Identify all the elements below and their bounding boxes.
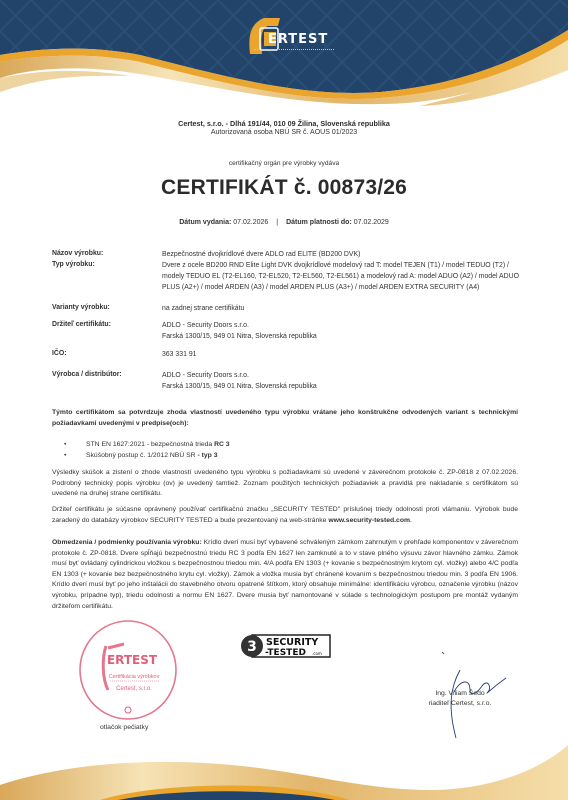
svg-text:ERTEST: ERTEST xyxy=(107,653,158,667)
svg-text:Certest, s.r.o.: Certest, s.r.o. xyxy=(116,686,152,692)
variants-label: Varianty výrobku: xyxy=(52,304,162,311)
standards-list: • STN EN 1627:2021 - bezpečnostná trieda… xyxy=(64,440,230,461)
svg-text:-TESTED: -TESTED xyxy=(265,648,306,658)
restrictions-paragraph: Obmedzenia / podmienky používania výrobk… xyxy=(52,538,518,612)
restrictions-label: Obmedzenia / podmienky používania výrobk… xyxy=(52,539,202,546)
certificate-dates: Dátum vydania: 07.02.2026 | Dátum platno… xyxy=(0,219,568,226)
holder-address: Farská 1300/15, 949 01 Nitra, Slovenská … xyxy=(162,333,317,340)
product-name-value: Bezpečnostné dvojkrídlové dvere ADLO rad… xyxy=(162,250,522,261)
manufacturer-label: Výrobca / distribútor: xyxy=(52,371,162,378)
results-paragraph: Výsledky skúšok a zistení o zhode vlastn… xyxy=(52,468,518,500)
variants-value: na zadnej strane certifikátu xyxy=(162,304,522,315)
issuer-address: Certest, s.r.o. - Dlhá 191/44, 010 09 Ži… xyxy=(0,119,568,128)
signer-name: Ing. Viliam Šedo xyxy=(400,689,520,699)
mark-paragraph: Držiteľ certifikátu je súčasne oprávnený… xyxy=(52,505,518,526)
issuer-authorization: Autorizovaná osoba NBÚ SR č. AOUS 01/202… xyxy=(0,129,568,136)
svg-text:3: 3 xyxy=(247,639,257,655)
standard-item: • Skúšobný postup č. 1/2012 NBÚ SR - typ… xyxy=(64,451,230,462)
manufacturer-name: ADLO - Security Doors s.r.o. xyxy=(162,372,249,379)
manufacturer-address: Farská 1300/15, 949 01 Nitra, Slovenská … xyxy=(162,383,317,390)
svg-text:SECURITY: SECURITY xyxy=(266,637,318,648)
ico-label: IČO: xyxy=(52,350,162,357)
bullet-icon: • xyxy=(64,451,66,462)
security-tested-badge: 3 SECURITY -TESTED .com xyxy=(240,634,332,658)
issue-date: 07.02.2026 xyxy=(233,219,268,226)
official-stamp: ERTEST Certifikácia výrobkov Certest, s.… xyxy=(76,618,180,722)
issue-date-label: Dátum vydania: xyxy=(179,219,231,226)
product-name-label: Názov výrobku: xyxy=(52,250,162,257)
date-separator: | xyxy=(276,219,278,226)
signer-block: Ing. Viliam Šedo riaditeľ Certest, s.r.o… xyxy=(400,689,520,710)
stamp-caption: otlačok pečiatky xyxy=(100,724,148,731)
website-link[interactable]: www.security-tested.com xyxy=(328,517,410,524)
logo-text: ERTEST xyxy=(268,32,328,47)
confirmation-text: Týmto certifikátom sa potvrdzuje zhoda v… xyxy=(52,408,518,429)
certest-logo: ERTEST xyxy=(242,14,346,54)
valid-until-label: Dátum platnosti do: xyxy=(286,219,352,226)
svg-text:.com: .com xyxy=(312,651,322,656)
signer-title: riaditeľ Certest, s.r.o. xyxy=(400,699,520,709)
bullet-icon: • xyxy=(64,440,66,451)
ico-value: 363 331 91 xyxy=(162,350,522,361)
logo-underline xyxy=(254,49,334,50)
certificate-title: CERTIFIKÁT č. 00873/26 xyxy=(0,176,568,200)
product-type-value: Dvere z ocele BD200 RND Elite Light DVK … xyxy=(162,261,522,293)
valid-until-date: 07.02.2029 xyxy=(354,219,389,226)
manufacturer-value: ADLO - Security Doors s.r.o. Farská 1300… xyxy=(162,371,522,393)
holder-label: Držiteľ certifikátu: xyxy=(52,321,162,328)
standard-item: • STN EN 1627:2021 - bezpečnostná trieda… xyxy=(64,440,230,451)
svg-text:Certifikácia výrobkov: Certifikácia výrobkov xyxy=(109,674,160,680)
product-type-label: Typ výrobku: xyxy=(52,261,162,268)
holder-name: ADLO - Security Doors s.r.o. xyxy=(162,322,249,329)
issuing-body-text: certifikačný orgán pre výrobky vydáva xyxy=(0,160,568,167)
holder-value: ADLO - Security Doors s.r.o. Farská 1300… xyxy=(162,321,522,343)
footer-banner xyxy=(0,740,568,800)
